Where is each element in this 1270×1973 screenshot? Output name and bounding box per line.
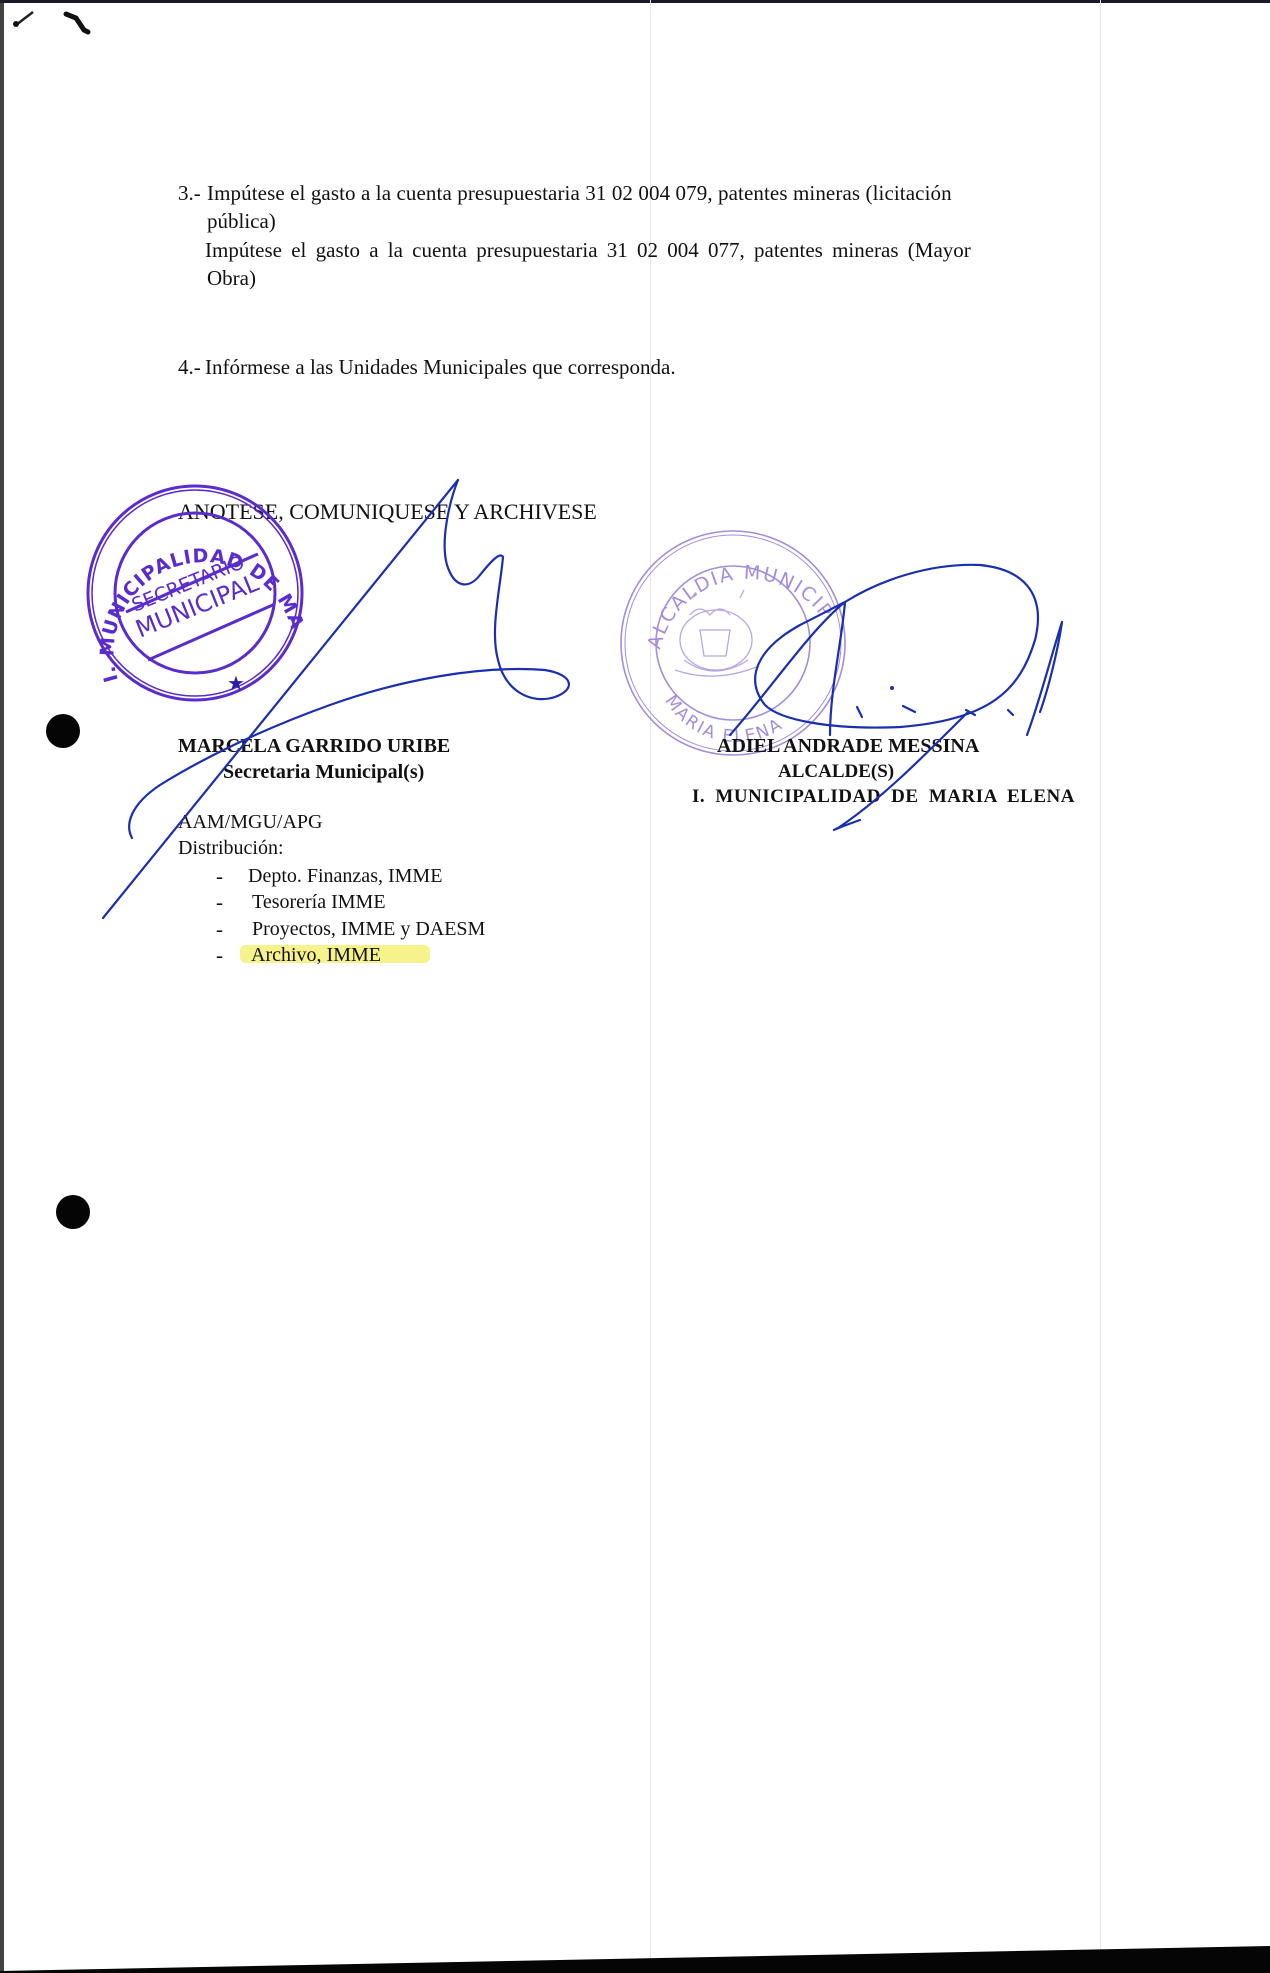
scan-fold-line [1100,0,1101,1973]
clause-text-line: Impútese el gasto a la cuenta presupuest… [205,240,971,261]
scan-left-edge [0,0,4,1973]
signatory-right-institution: I. MUNICIPALIDAD DE MARIA ELENA [692,787,1075,806]
svg-text:★: ★ [227,673,245,695]
signatures [0,0,1270,1973]
signatory-right-title: ALCALDE(S) [778,762,894,781]
list-bullet: - [216,866,223,887]
list-bullet: - [216,919,223,940]
list-bullet: - [216,945,223,966]
clause-text-line: pública) [207,211,276,232]
coat-of-arms-icon [675,590,759,676]
clause-3-line-1: Impútese el gasto a la cuenta presupuest… [207,183,952,204]
list-item: Proyectos, IMME y DAESM [252,919,485,939]
signatory-right-name: ADIEL ANDRADE MESSINA [717,736,979,756]
svg-text:ALCALDIA MUNICIPAL: ALCALDIA MUNICIPAL [0,0,837,651]
scan-top-edge [0,0,1270,3]
signatory-left-title: Secretaria Municipal(s) [223,762,424,782]
clause-number: 3.- [178,183,201,204]
signature-right [730,565,1038,735]
list-item-highlighted: Archivo, IMME [251,945,381,965]
svg-text:MUNICIPAL: MUNICIPAL [132,569,263,644]
closing-formula: ANOTESE, COMUNIQUESE Y ARCHIVESE [178,501,597,523]
stamp-secretario-municipal: I. MUNICIPALIDAD DE MARIA ELENA SECRETAR… [0,0,1270,1973]
signatory-left-name: MARCELA GARRIDO URIBE [178,736,450,756]
punch-hole [56,1195,90,1229]
svg-text:I. MUNICIPALIDAD DE MARIA ELEN: I. MUNICIPALIDAD DE MARIA ELENA [0,0,308,685]
reference-initials: AAM/MGU/APG [178,812,322,832]
punch-hole [46,714,80,748]
clause-text-line: Obra) [207,268,256,289]
list-item: Depto. Finanzas, IMME [248,866,442,886]
scanned-document-page: 3.- Impútese el gasto a la cuenta presup… [0,0,1270,1973]
list-bullet: - [216,892,223,913]
scan-fold-line [650,0,651,1973]
list-item: Tesorería IMME [252,892,386,912]
corner-pen-marks [0,0,120,50]
distribution-label: Distribución: [178,838,284,858]
clause-number: 4.- [178,357,201,378]
svg-text:SECRETARIO: SECRETARIO [129,551,248,616]
scan-bottom-edge [0,0,1270,1973]
clause-text-line: Impútese el gasto a la cuenta presupuest… [207,183,1092,204]
clause-text-line: Infórmese a las Unidades Municipales que… [205,357,676,378]
